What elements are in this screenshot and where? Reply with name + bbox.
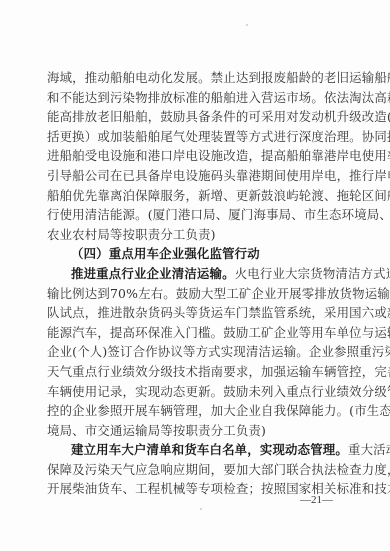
paragraph-vehicle-whitelist: 建立用车大户清单和货车白名单，实现动态管理。重大活动 保障及污染天气应急响应期间…: [47, 440, 343, 499]
text-line: 输比例达到70%左右。鼓励大型工矿企业开展零排放货物运输车: [47, 284, 343, 304]
paragraph-ship-emissions: 海域，推动船舶电动化发展。禁止达到报废船龄的老旧运输船舶 和不能达到污染物排放标…: [47, 68, 343, 244]
text-line: 控的企业参照开展车辆管理，加大企业自我保障能力。(市生态环: [47, 401, 343, 421]
text-line: 能源汽车，提高环保准入门槛。鼓励工矿企业等用车单位与运输: [47, 323, 343, 343]
scan-speck: [246, 24, 248, 26]
text-line: 引导船公司在已具备岸电设施码头靠港期间使用岸电，推行岸电: [47, 166, 343, 186]
text-line: 船舶优先靠离泊保障服务，新增、更新鼓浪屿轮渡、拖轮区间航: [47, 186, 343, 206]
text-line: 和不能达到污染物排放标准的船舶进入营运市场。依法淘汰高耗: [47, 88, 343, 108]
bold-lead: 推进重点行业企业清洁运输。: [71, 266, 235, 281]
text-line: 保障及污染天气应急响应期间，要加大部门联合执法检查力度，: [47, 460, 343, 480]
bold-lead: 建立用车大户清单和货车白名单，实现动态管理。: [71, 442, 348, 457]
text-line: 企业(个人)签订合作协议等方式实现清洁运输。企业参照重污染: [47, 342, 343, 362]
text-line: 括更换）或加装船舶尾气处理装置等方式进行深度治理。协同推: [47, 127, 343, 147]
line-rest: 重大活动: [348, 442, 390, 457]
text-line: 能高排放老旧船舶，鼓励具备条件的可采用对发动机升级改造(包: [47, 107, 343, 127]
section-heading: （四）重点用车企业强化监管行动: [47, 244, 343, 264]
page-number: —21—: [300, 494, 333, 506]
text-line: 境局、市交通运输局等按职责分工负责): [47, 421, 343, 441]
text-line: 队试点，推进散杂货码头等货运车门禁监管系统，采用国六或新: [47, 303, 343, 323]
line-rest: 火电行业大宗货物清洁方式运: [235, 266, 390, 281]
text-line: 车辆使用记录，实现动态更新。鼓励未列入重点行业绩效分级管: [47, 382, 343, 402]
text-line: 海域，推动船舶电动化发展。禁止达到报废船龄的老旧运输船舶: [47, 68, 343, 88]
text-line: 开展柴油货车、工程机械等专项检查；按照国家相关标准和技术: [47, 479, 343, 499]
document-page: 海域，推动船舶电动化发展。禁止达到报废船龄的老旧运输船舶 和不能达到污染物排放标…: [0, 0, 390, 551]
text-line: 行使用清洁能源。(厦门港口局、厦门海事局、市生态环境局、市: [47, 205, 343, 225]
document-body: 海域，推动船舶电动化发展。禁止达到报废船龄的老旧运输船舶 和不能达到污染物排放标…: [47, 68, 343, 499]
paragraph-clean-transport: 推进重点行业企业清洁运输。火电行业大宗货物清洁方式运 输比例达到70%左右。鼓励…: [47, 264, 343, 440]
text-line: 进船舶受电设施和港口岸电设施改造，提高船舶靠港岸电使用率。: [47, 146, 343, 166]
text-line: 农业农村局等按职责分工负责): [47, 225, 343, 245]
scan-speck: [200, 508, 202, 510]
text-line: 推进重点行业企业清洁运输。火电行业大宗货物清洁方式运: [47, 264, 343, 284]
text-line: 天气重点行业绩效分级技术指南要求，加强运输车辆管控，完善: [47, 362, 343, 382]
text-line: 建立用车大户清单和货车白名单，实现动态管理。重大活动: [47, 440, 343, 460]
